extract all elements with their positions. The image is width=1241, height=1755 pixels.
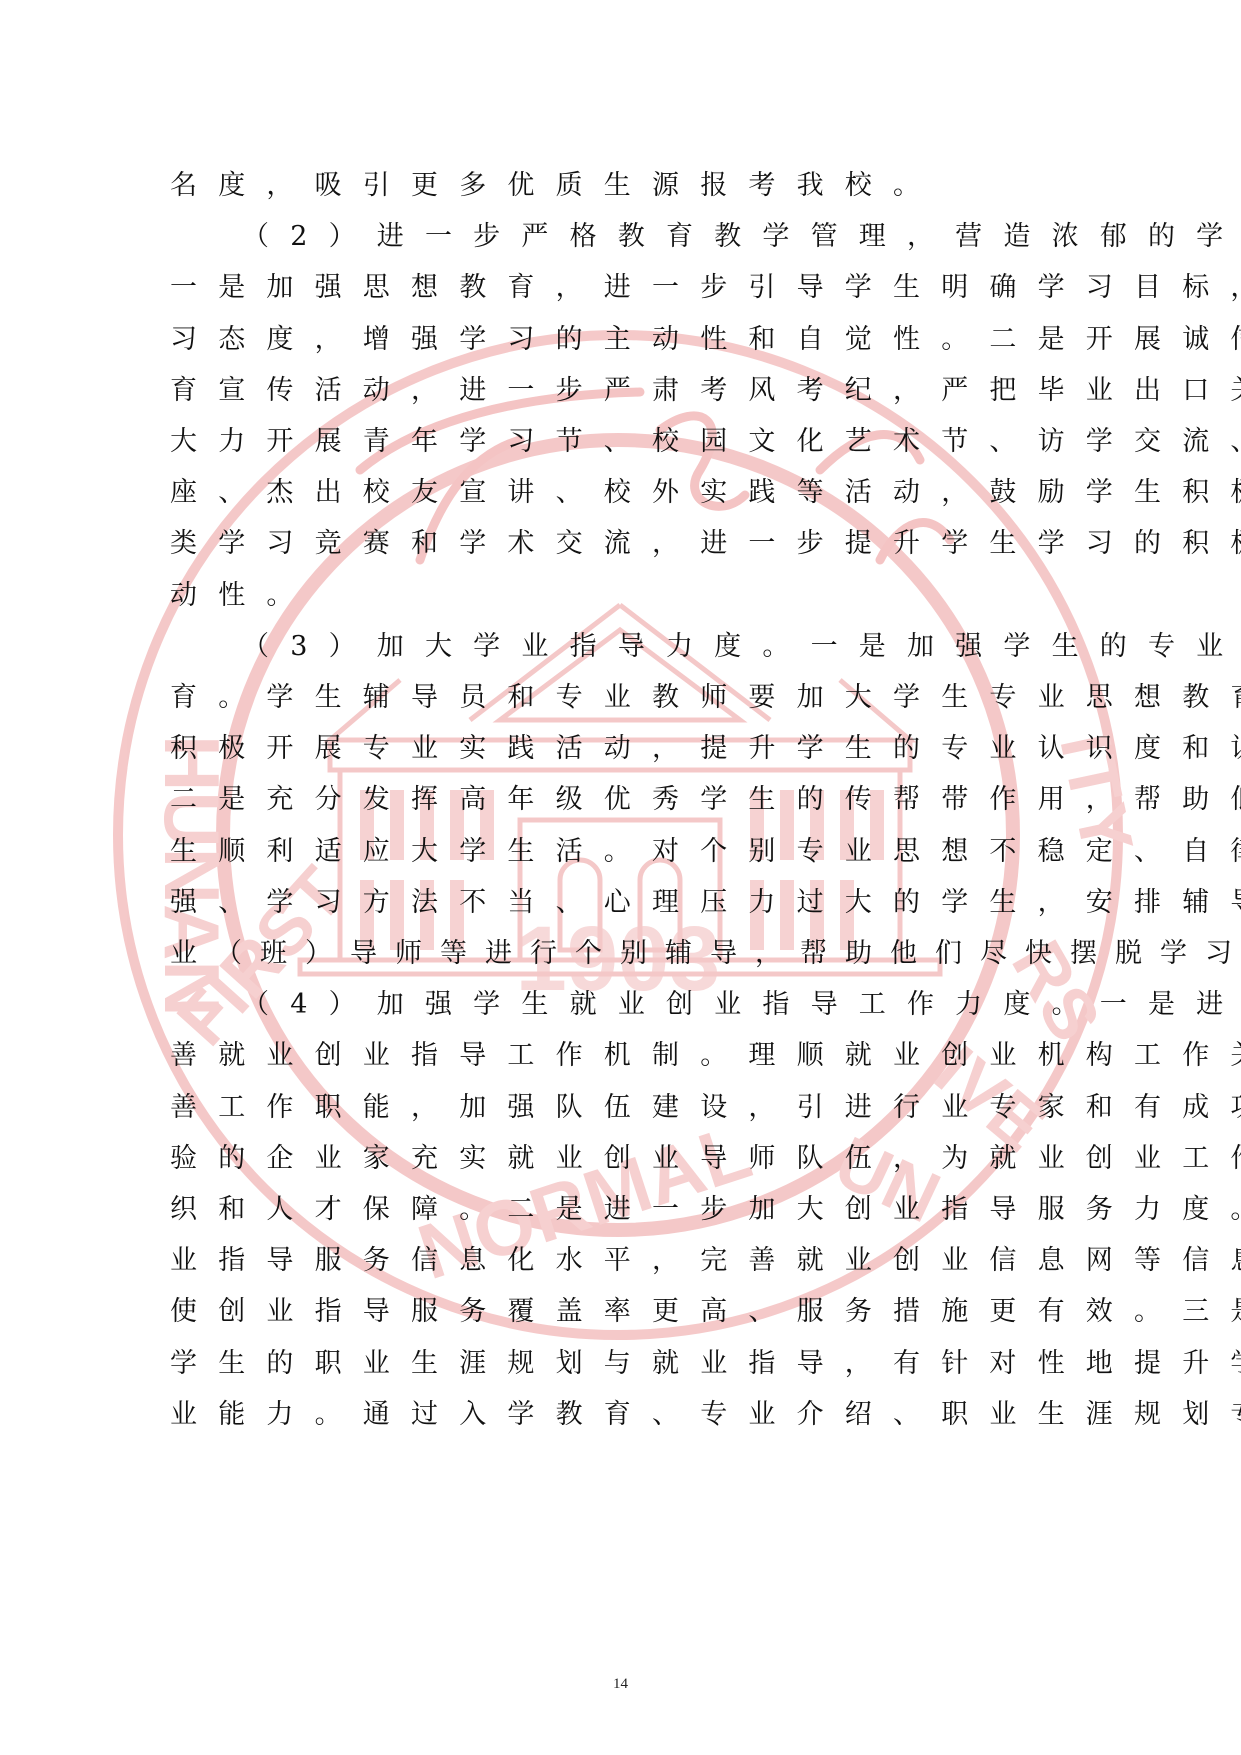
text-line: 积极开展专业实践活动，提升学生的专业认识度和认可度。 [170,723,945,774]
text-line: 类学习竞赛和学术交流，进一步提升学生学习的积极性和主 [170,518,945,569]
page-number: 14 [0,1676,1241,1693]
text-line: 业能力。通过入学教育、专业介绍、职业生涯规划专题教育、 [170,1389,945,1440]
text-line: 习态度，增强学习的主动性和自觉性。二是开展诚信考试教 [170,314,945,365]
text-line-section-heading: （3）加大学业指导力度。一是加强学生的专业思想教 [170,621,945,672]
text-line: 大力开展青年学习节、校园文化艺术节、访学交流、名师讲 [170,416,945,467]
text-line: 一是加强思想教育，进一步引导学生明确学习目标，端正学 [170,262,945,313]
text-line: 织和人才保障。二是进一步加大创业指导服务力度。提升创 [170,1184,945,1235]
text-line: 学生的职业生涯规划与就业指导，有针对性地提升学生的就 [170,1338,945,1389]
text-line: 育。学生辅导员和专业教师要加大学生专业思想教育力度， [170,672,945,723]
text-line: 善就业创业指导工作机制。理顺就业创业机构工作关系，完 [170,1030,945,1081]
text-line: 名度，吸引更多优质生源报考我校。 [170,160,945,211]
text-line: 强、学习方法不当、心理压力过大的学生，安排辅导员、学 [170,877,945,928]
text-line: 使创业指导服务覆盖率更高、服务措施更有效。三是加强大 [170,1286,945,1337]
text-line: 座、杰出校友宣讲、校外实践等活动，鼓励学生积极参加各 [170,467,945,518]
text-line: 善工作职能，加强队伍建设，引进行业专家和有成功创业经 [170,1082,945,1133]
text-line: 验的企业家充实就业创业导师队伍，为就业创业工作提供组 [170,1133,945,1184]
text-line: 二是充分发挥高年级优秀学生的传帮带作用，帮助低年级学 [170,774,945,825]
text-line-section-heading: （4）加强学生就业创业指导工作力度。一是进一步完 [170,979,945,1030]
text-line: 育宣传活动，进一步严肃考风考纪，严把毕业出口关。三是 [170,365,945,416]
text-line-section-heading: （2）进一步严格教育教学管理，营造浓郁的学习氛围。 [170,211,945,262]
text-line: 业指导服务信息化水平，完善就业创业信息网等信息平台， [170,1235,945,1286]
text-line: 业（班）导师等进行个别辅导，帮助他们尽快摆脱学习困境。 [170,928,945,979]
document-body: 名度，吸引更多优质生源报考我校。 （2）进一步严格教育教学管理，营造浓郁的学习氛… [170,160,945,1440]
text-line: 动性。 [170,570,945,621]
document-page: HUNAN ITY RS IVE UN FIRST NORMAL 1903 [0,0,1241,1755]
text-line: 生顺利适应大学生活。对个别专业思想不稳定、自律意识不 [170,826,945,877]
